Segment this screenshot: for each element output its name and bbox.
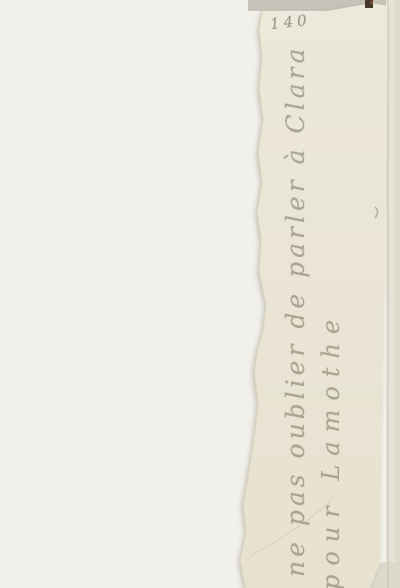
scanned-album-page: 140 ne pas oublier de parler à Clara pou… (0, 0, 400, 588)
fastener-glint (370, 1, 373, 4)
page-edge-outer (395, 0, 400, 588)
scan-artwork (0, 0, 400, 588)
